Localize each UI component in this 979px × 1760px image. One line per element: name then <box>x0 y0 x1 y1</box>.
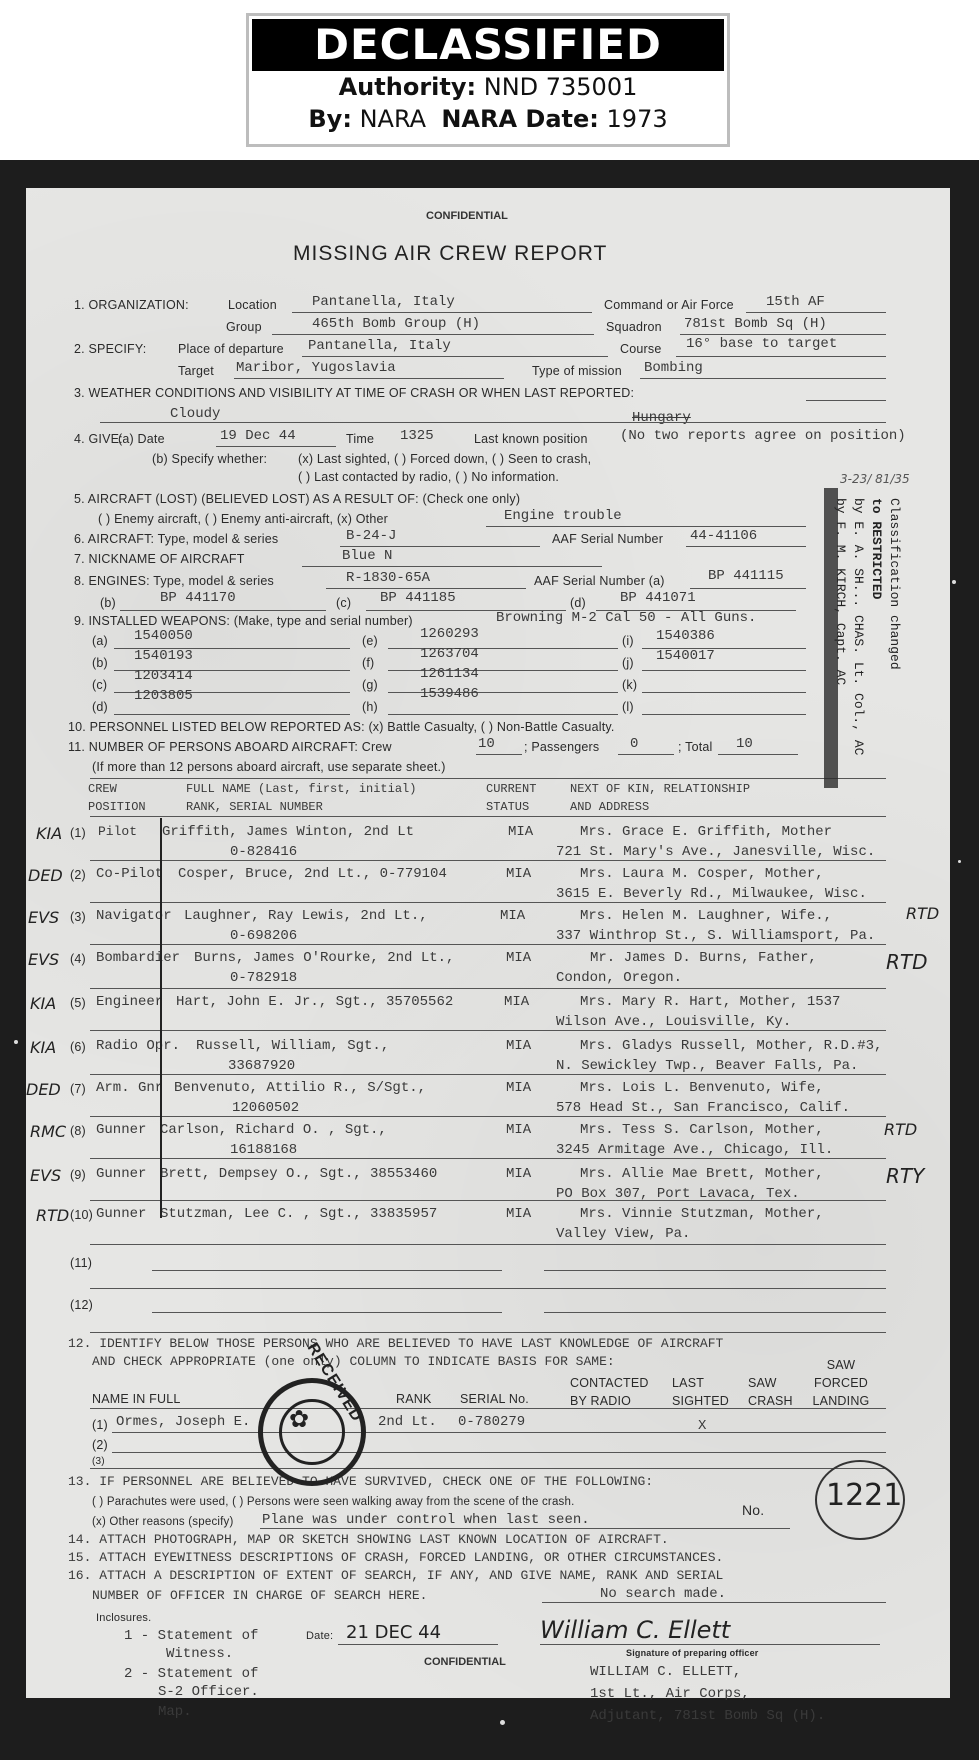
kin-address: 337 Winthrop St., S. Williamsport, Pa. <box>556 928 875 944</box>
kin-address: 3615 E. Beverly Rd., Milwaukee, Wisc. <box>556 886 867 902</box>
status-annotation: EVS <box>30 1166 61 1185</box>
crew-name: Burns, James O'Rourke, 2nd Lt., <box>194 950 454 966</box>
header-current: CURRENT <box>486 782 536 796</box>
section11-note: (If more than 12 persons aboard aircraft… <box>92 760 446 774</box>
engine-serial-label: AAF Serial Number (a) <box>534 574 665 588</box>
rtd-annotation: RTD <box>886 950 928 974</box>
classification-changed-stamp: Classification changed to RESTRICTED by … <box>822 488 904 788</box>
weapon-serial: 1260293 <box>420 626 479 642</box>
header-crew: CREW <box>88 782 117 796</box>
inclosure-item: S-2 Officer. <box>158 1684 259 1700</box>
aircraft-serial-label: AAF Serial Number <box>552 532 663 546</box>
blank-row-number: (12) <box>70 1298 93 1312</box>
weapon-key: (k) <box>622 678 637 692</box>
row-number: (3) <box>70 910 86 924</box>
crew-position: Arm. Gnr <box>96 1080 163 1096</box>
weapon-key: (l) <box>622 700 634 714</box>
nickname-value: Blue N <box>342 548 392 564</box>
crew-count: 10 <box>478 736 495 752</box>
total-count: 10 <box>736 736 753 752</box>
section16-line1: 16. ATTACH A DESCRIPTION OF EXTENT OF SE… <box>68 1568 723 1583</box>
witness-serial: 0-780279 <box>458 1414 525 1430</box>
search-value: No search made. <box>600 1586 726 1602</box>
crew-serial: 12060502 <box>232 1100 299 1116</box>
command-label: Command or Air Force <box>604 298 734 312</box>
kin-address: Wilson Ave., Louisville, Ky. <box>556 1014 791 1030</box>
kin-name: Mrs. Laura M. Cosper, Mother, <box>580 866 824 882</box>
section12-line2: AND CHECK APPROPRIATE (one only) COLUMN … <box>92 1354 615 1369</box>
weapon-serial: 1203805 <box>134 688 193 704</box>
engine-serial-b: BP 441170 <box>160 590 236 606</box>
crew-serial: 0-782918 <box>230 970 297 986</box>
header-rank-serial: RANK, SERIAL NUMBER <box>186 800 323 814</box>
crew-status: MIA <box>506 1080 531 1096</box>
inclosure-item: 2 - Statement of <box>124 1666 258 1682</box>
weapon-key: (i) <box>622 634 634 648</box>
status-annotation: DED <box>28 866 63 885</box>
weapon-serial: 1263704 <box>420 646 479 662</box>
crew-status: MIA <box>506 1122 531 1138</box>
header-status: STATUS <box>486 800 529 814</box>
mission-label: Type of mission <box>532 364 622 378</box>
header-position: POSITION <box>88 800 146 814</box>
status-annotation: RMC <box>30 1122 66 1141</box>
weapon-key: (h) <box>362 700 378 714</box>
weapon-serial: 1540017 <box>656 648 715 664</box>
header-rank: RANK <box>396 1392 432 1406</box>
aircraft-serial: 44-41106 <box>690 528 757 544</box>
crew-status: MIA <box>500 908 525 924</box>
witness-row-number: (1) <box>92 1418 108 1432</box>
kin-address: 721 St. Mary's Ave., Janesville, Wisc. <box>556 844 875 860</box>
passengers-count: 0 <box>630 736 638 752</box>
kin-name: Mrs. Gladys Russell, Mother, R.D.#3, <box>580 1038 882 1054</box>
status-annotation: KIA <box>30 1038 56 1057</box>
crew-serial: 0-698206 <box>230 928 297 944</box>
weapon-key: (f) <box>362 656 374 670</box>
header-saw-crash: SAW CRASH <box>748 1374 792 1410</box>
engine-serial-c: BP 441185 <box>380 590 456 606</box>
kin-address: 3245 Armitage Ave., Chicago, Ill. <box>556 1142 833 1158</box>
engine-serial-a: BP 441115 <box>708 568 784 584</box>
weapon-serial: 1540386 <box>656 628 715 644</box>
crew-serial: 16188168 <box>230 1142 297 1158</box>
crew-position: Engineer <box>96 994 163 1010</box>
crew-name: Griffith, James Winton, 2nd Lt <box>162 824 414 840</box>
blank-row-number: (11) <box>70 1256 92 1270</box>
header-next-of-kin: NEXT OF KIN, RELATIONSHIP <box>570 782 750 796</box>
officer-name: WILLIAM C. ELLETT, <box>590 1664 741 1680</box>
crew-name: Stutzman, Lee C. , Sgt., 33835957 <box>160 1206 437 1222</box>
witness-row-number: (2) <box>92 1438 108 1452</box>
other-value: Engine trouble <box>504 508 622 524</box>
crew-position: Gunner <box>96 1166 146 1182</box>
course-value: 16° base to target <box>686 336 837 352</box>
report-date: 21 DEC 44 <box>346 1622 441 1643</box>
crew-position: Pilot <box>98 824 137 839</box>
document-title: MISSING AIR CREW REPORT <box>293 242 607 266</box>
weapons-make: Browning M-2 Cal 50 - All Guns. <box>496 610 756 626</box>
classification-top: CONFIDENTIAL <box>426 210 508 222</box>
section15-label: 15. ATTACH EYEWITNESS DESCRIPTIONS OF CR… <box>68 1550 723 1565</box>
row-number: (9) <box>70 1168 86 1182</box>
weapon-serial: 1261134 <box>420 666 479 682</box>
time-value: 1325 <box>400 428 434 444</box>
section6-label: 6. AIRCRAFT: Type, model & series <box>74 532 278 546</box>
position-value: (No two reports agree on position) <box>620 428 906 444</box>
struck-text: Hungary <box>632 410 691 426</box>
stamp-text: to RESTRICTED <box>869 498 884 599</box>
weapon-key: (g) <box>362 678 378 692</box>
command-value: 15th AF <box>766 294 825 310</box>
macr-number: 1221 <box>826 1478 902 1513</box>
group-value: 465th Bomb Group (H) <box>312 316 480 332</box>
banner-by: By: NARA NARA Date: 1973 <box>249 103 727 135</box>
section8-label: 8. ENGINES: Type, model & series <box>74 574 274 588</box>
section13-option1: ( ) Parachutes were used, ( ) Persons we… <box>92 1496 574 1508</box>
crew-position: Radio Opr. <box>96 1038 180 1054</box>
section11-label: 11. NUMBER OF PERSONS ABOARD AIRCRAFT: C… <box>68 740 392 754</box>
section4-label: 4. GIVE: <box>74 432 123 446</box>
location-label: Location <box>228 298 277 312</box>
status-annotation: RTD <box>36 1206 69 1225</box>
inclosures-label: Inclosures. <box>96 1612 151 1624</box>
squadron-value: 781st Bomb Sq (H) <box>684 316 827 332</box>
section7-label: 7. NICKNAME OF AIRCRAFT <box>74 552 245 566</box>
status-annotation: EVS <box>28 908 59 927</box>
rtd-annotation: RTD <box>884 1120 917 1139</box>
row-number: (10) <box>70 1208 93 1222</box>
declassified-banner: DECLASSIFIED Authority: NND 735001 By: N… <box>246 13 730 147</box>
crew-position: Gunner <box>96 1206 146 1222</box>
officer-rank: 1st Lt., Air Corps, <box>590 1686 750 1702</box>
time-label: Time <box>346 432 374 446</box>
weapon-serial: 1539486 <box>420 686 479 702</box>
section2-label: 2. SPECIFY: <box>74 342 146 356</box>
crew-status: MIA <box>506 1206 531 1222</box>
status-annotation: KIA <box>30 994 56 1013</box>
signature: William C. Ellett <box>540 1616 730 1644</box>
inclosure-item: 1 - Statement of <box>124 1628 258 1644</box>
weapon-serial: 1540193 <box>134 648 193 664</box>
engine-d-label: (d) <box>570 596 586 610</box>
eagle-seal-icon: ✿ <box>289 1405 309 1434</box>
section13-option2: (x) Other reasons (specify) <box>92 1516 234 1528</box>
weapon-key: (j) <box>622 656 634 670</box>
section10-label: 10. PERSONNEL LISTED BELOW REPORTED AS: … <box>68 720 615 734</box>
mission-value: Bombing <box>644 360 703 376</box>
weather-value: Cloudy <box>170 406 220 422</box>
inclosure-item: Map. <box>158 1704 192 1720</box>
row-number: (5) <box>70 996 86 1010</box>
section5-label: 5. AIRCRAFT (LOST) (BELIEVED LOST) AS A … <box>74 492 520 506</box>
header-last-sighted: LAST SIGHTED <box>672 1374 732 1410</box>
section13-reason: Plane was under control when last seen. <box>262 1512 590 1528</box>
crew-status: MIA <box>508 824 533 840</box>
crew-name: Russell, William, Sgt., <box>196 1038 389 1054</box>
status-annotation: EVS <box>28 950 59 969</box>
crew-status: MIA <box>506 950 531 966</box>
section12-line1: 12. IDENTIFY BELOW THOSE PERSONS WHO ARE… <box>68 1336 723 1351</box>
section13-label: 13. IF PERSONNEL ARE BELIEVED TO HAVE SU… <box>68 1474 653 1489</box>
crew-position: Gunner <box>96 1122 146 1138</box>
crew-name: Benvenuto, Attilio R., S/Sgt., <box>174 1080 426 1096</box>
weapon-serial: 1540050 <box>134 628 193 644</box>
weapon-key: (b) <box>92 656 108 670</box>
crew-name: Cosper, Bruce, 2nd Lt., 0-779104 <box>178 866 447 882</box>
kin-name: Mrs. Allie Mae Brett, Mother, <box>580 1166 824 1182</box>
row-number: (1) <box>70 826 86 840</box>
row-number: (2) <box>70 868 86 882</box>
row-number: (4) <box>70 952 86 966</box>
row-number: (8) <box>70 1124 86 1138</box>
section5-options: ( ) Enemy aircraft, ( ) Enemy anti-aircr… <box>98 512 388 526</box>
macr-no-label: No. <box>742 1502 764 1518</box>
rtd-annotation: RTY <box>886 1164 924 1188</box>
header-saw-forced-landing: SAW FORCED LANDING <box>806 1356 876 1410</box>
crew-position: Bombardier <box>96 950 180 966</box>
kin-address: N. Sewickley Twp., Beaver Falls, Pa. <box>556 1058 858 1074</box>
target-value: Maribor, Yugoslavia <box>236 360 396 376</box>
specify-options-1: (x) Last sighted, ( ) Forced down, ( ) S… <box>298 452 591 466</box>
kin-address: Valley View, Pa. <box>556 1226 690 1242</box>
crew-name: Hart, John E. Jr., Sgt., 35705562 <box>176 994 453 1010</box>
crew-serial: 0-828416 <box>230 844 297 860</box>
crew-name: Brett, Dempsey O., Sgt., 38553460 <box>160 1166 437 1182</box>
section1-label: 1. ORGANIZATION: <box>74 298 189 312</box>
kin-name: Mrs. Helen M. Laughner, Wife., <box>580 908 832 924</box>
weapon-key: (c) <box>92 678 107 692</box>
squadron-label: Squadron <box>606 320 662 334</box>
header-address: AND ADDRESS <box>570 800 649 814</box>
passengers-label: ; Passengers <box>524 740 599 754</box>
status-annotation: DED <box>26 1080 61 1099</box>
stamp-text: Classification changed <box>887 498 902 670</box>
engine-serial-d: BP 441071 <box>620 590 696 606</box>
location-value: Pantanella, Italy <box>312 294 455 310</box>
inclosure-item: Witness. <box>166 1646 233 1662</box>
handwritten-ref: 3-23/ 81/35 <box>840 472 910 486</box>
weapon-key: (d) <box>92 700 108 714</box>
total-label: ; Total <box>678 740 713 754</box>
crew-name: Carlson, Richard O. , Sgt., <box>160 1122 387 1138</box>
kin-address: Condon, Oregon. <box>556 970 682 986</box>
header-serial: SERIAL No. <box>460 1392 529 1406</box>
banner-heading: DECLASSIFIED <box>252 19 724 71</box>
witness-name: Ormes, Joseph E. <box>116 1414 250 1430</box>
rtd-annotation: RTD <box>906 904 939 923</box>
signature-caption: Signature of preparing officer <box>626 1648 759 1658</box>
engine-c-label: (c) <box>336 596 351 610</box>
banner-authority: Authority: NND 735001 <box>249 71 727 103</box>
crew-serial: 33687920 <box>228 1058 295 1074</box>
kin-name: Mrs. Tess S. Carlson, Mother, <box>580 1122 824 1138</box>
course-label: Course <box>620 342 662 356</box>
row-number: (6) <box>70 1040 86 1054</box>
weapon-serial: 1203414 <box>134 668 193 684</box>
section3-label: 3. WEATHER CONDITIONS AND VISIBILITY AT … <box>74 386 634 400</box>
section16-line2: NUMBER OF OFFICER IN CHARGE OF SEARCH HE… <box>92 1588 427 1603</box>
kin-name: Mrs. Mary R. Hart, Mother, 1537 <box>580 994 840 1010</box>
group-label: Group <box>226 320 262 334</box>
weapon-key: (a) <box>92 634 108 648</box>
classification-bottom: CONFIDENTIAL <box>424 1656 506 1668</box>
kin-name: Mr. James D. Burns, Father, <box>590 950 817 966</box>
date-value: 19 Dec 44 <box>220 428 296 444</box>
status-annotation: KIA <box>36 824 62 843</box>
kin-name: Mrs. Vinnie Stutzman, Mother, <box>580 1206 824 1222</box>
date-label: Date: <box>306 1630 333 1642</box>
engine-type: R-1830-65A <box>346 570 430 586</box>
crew-status: MIA <box>506 1038 531 1054</box>
header-full-name: FULL NAME (Last, first, initial) <box>186 782 416 796</box>
weapon-key: (e) <box>362 634 378 648</box>
departure-label: Place of departure <box>178 342 284 356</box>
section14-label: 14. ATTACH PHOTOGRAPH, MAP OR SKETCH SHO… <box>68 1532 669 1547</box>
crew-position: Co-Pilot <box>96 866 163 882</box>
crew-name: Laughner, Ray Lewis, 2nd Lt., <box>184 908 428 924</box>
position-label: Last known position <box>474 432 588 446</box>
specify-options-2: ( ) Last contacted by radio, ( ) No info… <box>298 470 559 484</box>
header-contacted-by-radio: CONTACTED BY RADIO <box>570 1374 650 1410</box>
kin-address: 578 Head St., San Francisco, Calif. <box>556 1100 850 1116</box>
kin-name: Mrs. Grace E. Griffith, Mother <box>580 824 832 840</box>
crew-status: MIA <box>504 994 529 1010</box>
target-label: Target <box>178 364 214 378</box>
crew-status: MIA <box>506 866 531 882</box>
date-label: (a) Date <box>118 432 165 446</box>
header-name-in-full: NAME IN FULL <box>92 1392 181 1406</box>
witness-rank: 2nd Lt. <box>378 1414 437 1430</box>
witness-row-number: (3) <box>92 1456 105 1467</box>
departure-value: Pantanella, Italy <box>308 338 451 354</box>
officer-title: Adjutant, 781st Bomb Sq (H). <box>590 1708 825 1724</box>
section9-label: 9. INSTALLED WEAPONS: (Make, type and se… <box>74 614 413 628</box>
crew-status: MIA <box>506 1166 531 1182</box>
engine-b-label: (b) <box>100 596 116 610</box>
stamp-text: by E. A. SH... CHAS. Lt. Col., AC <box>851 498 866 755</box>
row-number: (7) <box>70 1082 86 1096</box>
specify-label: (b) Specify whether: <box>152 452 267 466</box>
kin-name: Mrs. Lois L. Benvenuto, Wife, <box>580 1080 824 1096</box>
aircraft-type: B-24-J <box>346 528 396 544</box>
